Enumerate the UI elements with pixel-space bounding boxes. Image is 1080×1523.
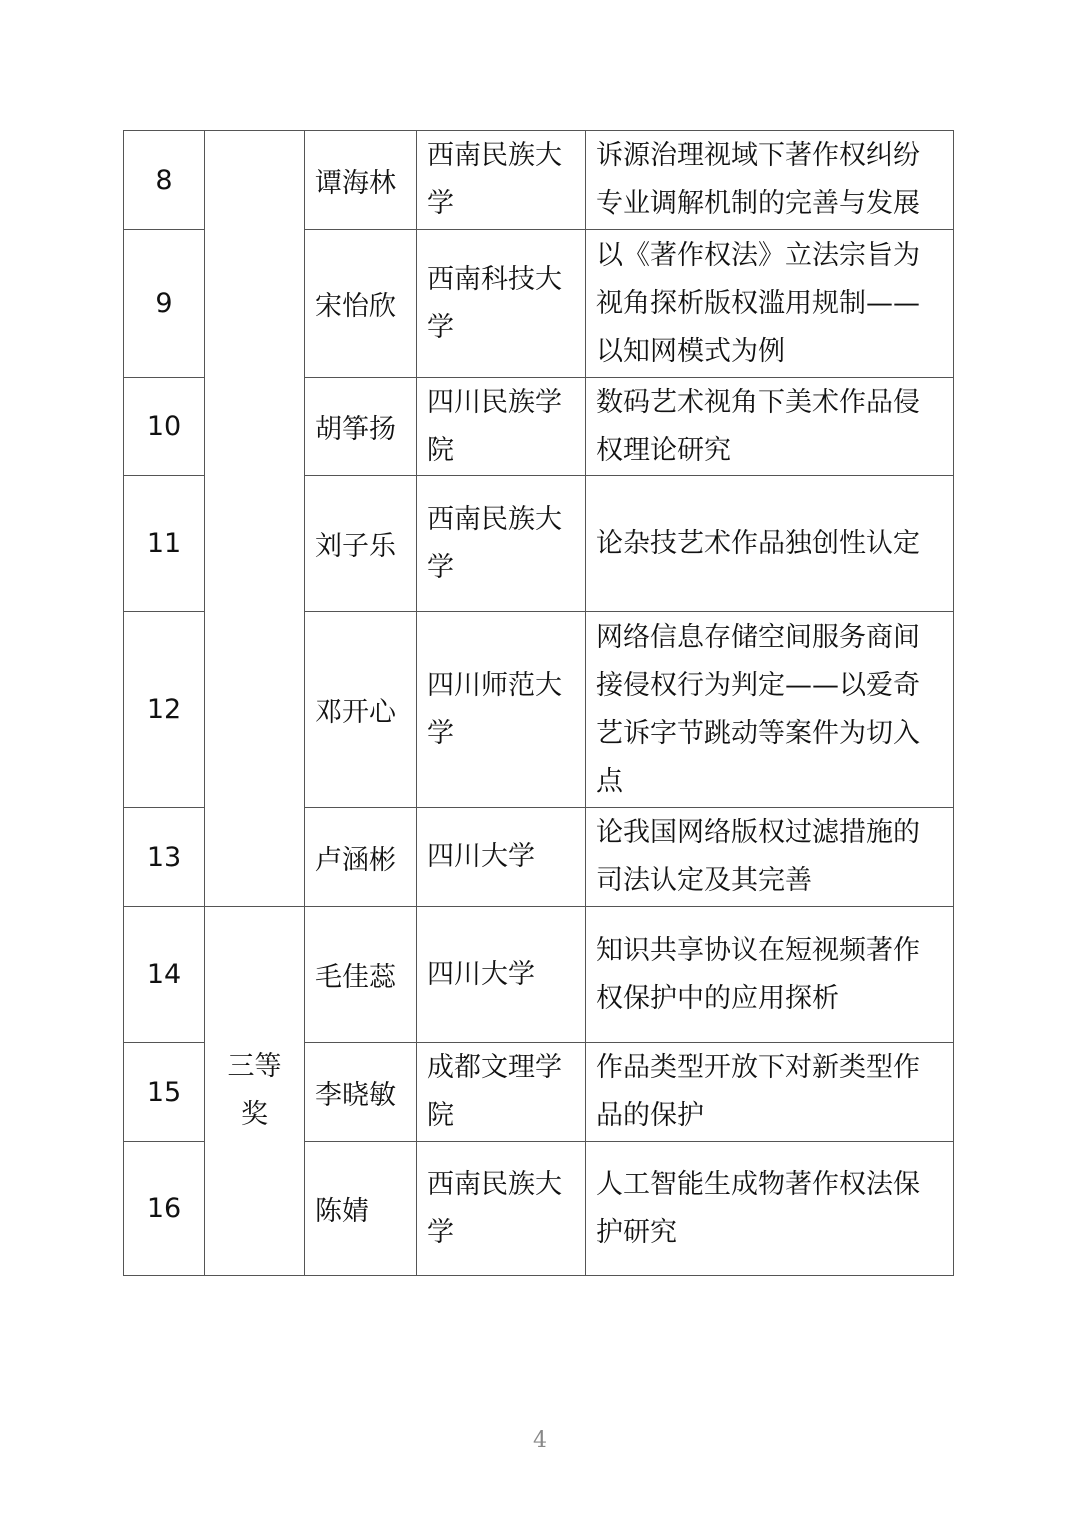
student-name: 卢涵彬 [304,807,417,907]
paper-title: 论我国网络版权过滤措施的司法认定及其完善 [585,807,954,907]
award-level-cell: 三等奖 [204,906,305,1276]
student-name: 陈婧 [304,1141,417,1276]
student-name: 刘子乐 [304,475,417,612]
student-name: 毛佳蕊 [304,906,417,1043]
row-number: 16 [123,1141,205,1276]
page-number: 4 [0,1428,1080,1453]
student-name: 胡筝扬 [304,377,417,476]
paper-title: 诉源治理视域下著作权纠纷专业调解机制的完善与发展 [585,130,954,230]
row-number: 8 [123,130,205,230]
row-number: 11 [123,475,205,612]
table-grid: 8 谭海林 西南民族大学 诉源治理视域下著作权纠纷专业调解机制的完善与发展 9 … [123,130,954,1276]
row-number: 15 [123,1042,205,1142]
school-name: 西南民族大学 [416,1141,586,1276]
school-name: 四川民族学院 [416,377,586,476]
paper-title: 人工智能生成物著作权法保护研究 [585,1141,954,1276]
student-name: 宋怡欣 [304,229,417,378]
school-name: 西南科技大学 [416,229,586,378]
school-name: 四川大学 [416,906,586,1043]
award-level-cell [204,130,305,907]
student-name: 李晓敏 [304,1042,417,1142]
paper-title: 知识共享协议在短视频著作权保护中的应用探析 [585,906,954,1043]
paper-title: 作品类型开放下对新类型作品的保护 [585,1042,954,1142]
row-number: 13 [123,807,205,907]
school-name: 西南民族大学 [416,130,586,230]
school-name: 西南民族大学 [416,475,586,612]
row-number: 14 [123,906,205,1043]
row-number: 10 [123,377,205,476]
school-name: 四川大学 [416,807,586,907]
school-name: 四川师范大学 [416,611,586,808]
row-number: 9 [123,229,205,378]
paper-title: 以《著作权法》立法宗旨为视角探析版权滥用规制——以知网模式为例 [585,229,954,378]
paper-title: 论杂技艺术作品独创性认定 [585,475,954,612]
student-name: 邓开心 [304,611,417,808]
paper-title: 网络信息存储空间服务商间接侵权行为判定——以爱奇艺诉字节跳动等案件为切入点 [585,611,954,808]
paper-title: 数码艺术视角下美术作品侵权理论研究 [585,377,954,476]
row-number: 12 [123,611,205,808]
student-name: 谭海林 [304,130,417,230]
school-name: 成都文理学院 [416,1042,586,1142]
